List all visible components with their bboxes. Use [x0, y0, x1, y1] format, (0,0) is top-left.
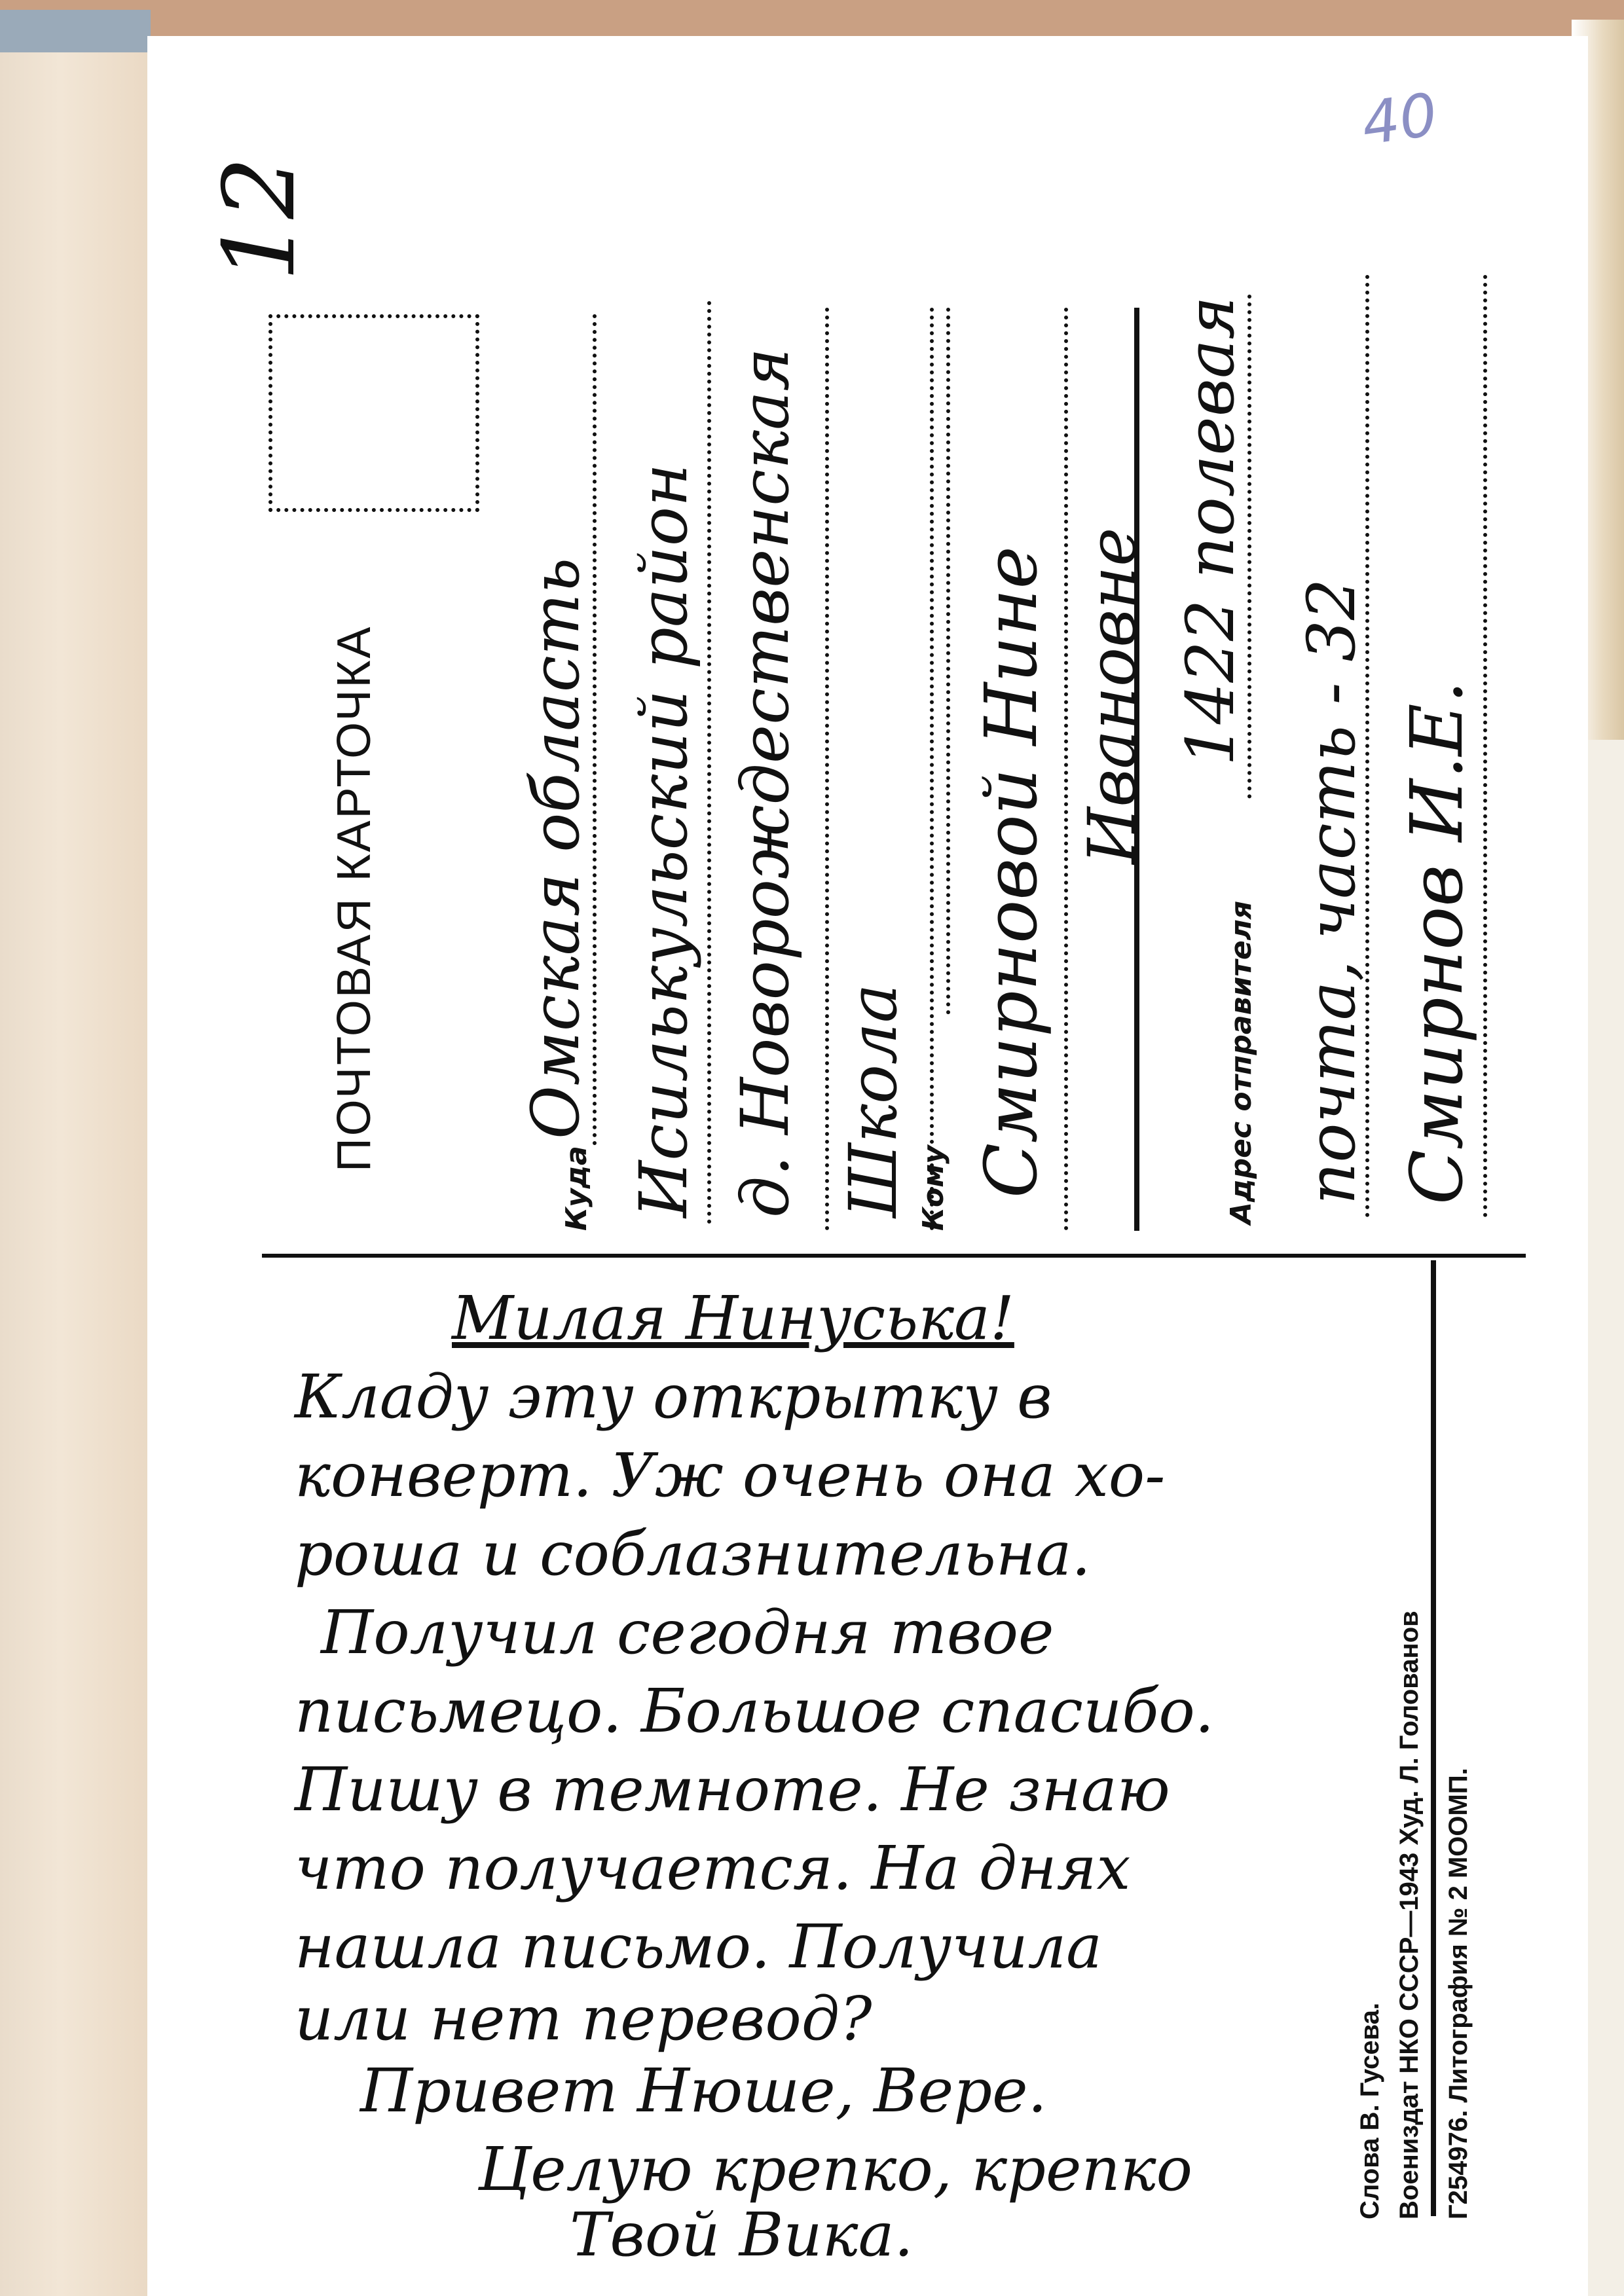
message-greeting: Милая Нинуська!: [452, 1283, 1014, 1353]
message-line: или нет перевод?: [295, 1984, 872, 2054]
message-line: письмецо. Большое спасибо.: [295, 1676, 1214, 1746]
message-line: Привет Нюше, Вере.: [360, 2056, 1047, 2126]
message-line: что получается. На днях: [295, 1833, 1130, 1903]
to-address-line-3: д. Новорождественская: [727, 348, 803, 1218]
stamp-box: [268, 314, 479, 512]
to-line-4: [930, 308, 934, 1231]
imprint-line-3: Г254976. Литография № 2 МООМП.: [1444, 1768, 1473, 2219]
to-address-line-2: Исилькульский район: [625, 464, 702, 1218]
imprint-line-2: Воениздат НКО СССР—1943 Худ. Л. Головано…: [1395, 1611, 1424, 2219]
sender-label: Адрес отправителя: [1225, 901, 1258, 1224]
imprint-rule: [1431, 1260, 1436, 2216]
message-body: Милая Нинуська! Кладу эту открытку в кон…: [295, 1283, 1375, 2252]
message-line: конверт. Уж очень она хо-: [295, 1440, 1165, 1510]
recipient-line-1-text: Смирновой Нине: [969, 546, 1053, 1198]
address-separator: [1134, 308, 1139, 1231]
to-address-line-4: Школа: [835, 984, 912, 1218]
card-title: ПОЧТОВАЯ КАРТОЧКА: [327, 625, 381, 1172]
message-line: роша и соблазнительна.: [295, 1519, 1091, 1589]
message-line: нашла письмо. Получила: [295, 1912, 1102, 1982]
archival-tape-strip: [0, 52, 151, 2296]
card-divider: [262, 1254, 1526, 1258]
message-line: Получил сегодня твое: [321, 1597, 1054, 1667]
sender-line-1-text: 1422 полевая: [1172, 296, 1249, 766]
archive-page-number: 40: [1357, 81, 1441, 159]
scan-background-corner: [0, 10, 151, 52]
imprint-line-1: Слова В. Гусева.: [1356, 2003, 1385, 2219]
message-signature: Твой Вика.: [570, 2200, 913, 2270]
recipient-line-1: [946, 308, 950, 1015]
card-number: 12: [203, 156, 317, 282]
sender-line-3-text: Смирнов И.Е.: [1395, 681, 1479, 1205]
message-line: Пишу в темноте. Не знаю: [295, 1755, 1170, 1825]
to-line-3: [825, 308, 829, 1231]
sender-line-3: [1483, 275, 1487, 1218]
recipient-label: Кому: [917, 1145, 950, 1231]
recipient-line-2: [1064, 308, 1068, 1231]
sender-line-2-text: почта, часть - 32: [1293, 578, 1370, 1205]
to-line-2: [707, 301, 711, 1224]
to-address-line-1: Омская область: [517, 558, 594, 1139]
message-line: Целую крепко, крепко: [478, 2134, 1192, 2204]
message-line: Кладу эту открытку в: [295, 1362, 1052, 1432]
to-label: Куда: [560, 1146, 593, 1231]
